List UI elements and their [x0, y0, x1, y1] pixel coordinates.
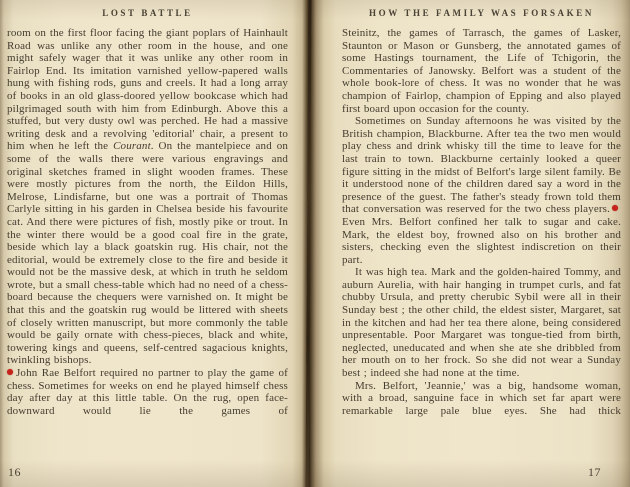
page-body-left: room on the first floor facing the giant… — [7, 27, 288, 417]
paragraph-text: Sometimes on Sunday afternoons he was vi… — [342, 115, 621, 215]
paragraph: John Rae Belfort required no partner to … — [7, 367, 288, 417]
paragraph-text: Steinitz, the games of Tarrasch, the gam… — [342, 27, 621, 115]
paragraph-text: It was high tea. Mark and the golden-hai… — [342, 266, 621, 379]
book-gutter-shadow — [305, 0, 311, 487]
paragraph-text: Even Mrs. Belfort confined her talk to s… — [342, 216, 621, 266]
paragraph: Sometimes on Sunday afternoons he was vi… — [342, 115, 621, 266]
page-left: LOST BATTLE room on the first floor faci… — [7, 0, 288, 487]
page-number-right: 17 — [588, 465, 601, 480]
paragraph-text: John Rae Belfort required no partner to … — [7, 367, 288, 417]
paragraph-text: room on the first floor facing the giant… — [7, 27, 288, 152]
page-body-right: Steinitz, the games of Tarrasch, the gam… — [342, 27, 621, 417]
page-number-left: 16 — [8, 465, 21, 480]
paragraph: It was high tea. Mark and the golden-hai… — [342, 266, 621, 379]
paragraph-text: Mrs. Belfort, 'Jeannie,' was a big, hand… — [342, 380, 621, 417]
running-head-left: LOST BATTLE — [7, 8, 288, 18]
paragraph-text: . On the mantelpiece and on some of the … — [7, 140, 288, 366]
book-spread: LOST BATTLE room on the first floor faci… — [0, 0, 630, 487]
running-head-right: HOW THE FAMILY WAS FORSAKEN — [342, 8, 621, 18]
red-dot-marker-right — [612, 205, 618, 211]
paragraph: Mrs. Belfort, 'Jeannie,' was a big, hand… — [342, 380, 621, 418]
red-dot-marker-left — [7, 369, 13, 375]
paragraph: room on the first floor facing the giant… — [7, 27, 288, 367]
italic-word: Courant — [113, 140, 151, 152]
page-right: HOW THE FAMILY WAS FORSAKEN Steinitz, th… — [342, 0, 621, 487]
paragraph: Steinitz, the games of Tarrasch, the gam… — [342, 27, 621, 115]
